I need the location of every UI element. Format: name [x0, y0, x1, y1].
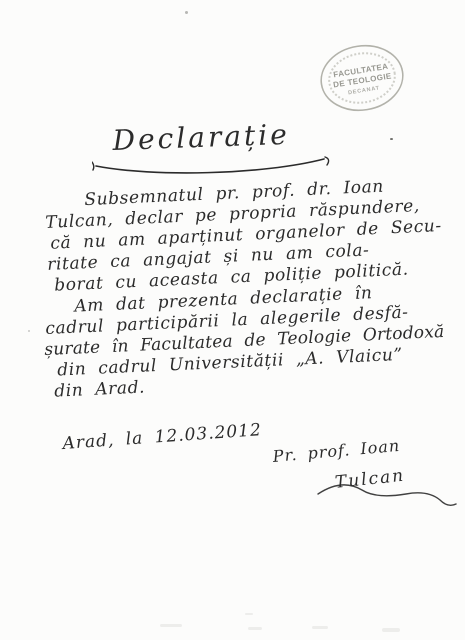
- signature-flourish: [300, 468, 460, 520]
- scan-smudge: [248, 627, 262, 630]
- body-paragraph-2: Am dat prezenta declarație în cadrul par…: [44, 279, 465, 403]
- faculty-stamp: FACULTATEA DE TEOLOGIE DECANAT: [318, 42, 406, 114]
- stamp-line3: DECANAT: [348, 85, 381, 96]
- scan-speck: [185, 11, 188, 14]
- signature-name-line: Pr. prof. Ioan: [272, 436, 401, 466]
- scan-smudge: [160, 624, 182, 627]
- scan-smudge: [245, 613, 253, 615]
- scan-smudge: [382, 628, 400, 632]
- scan-speck: [28, 330, 30, 332]
- title-underline-flourish: [92, 156, 332, 178]
- date-place-line: Arad, la 12.03.2012: [62, 420, 262, 454]
- scan-smudge: [312, 626, 328, 629]
- document-title: Declarație: [112, 118, 290, 157]
- scan-speck: [390, 138, 393, 140]
- body-paragraph-1: Subsemnatul pr. prof. dr. Ioan Tulcan, d…: [44, 173, 465, 297]
- scanned-document-page: FACULTATEA DE TEOLOGIE DECANAT Declarați…: [0, 0, 465, 640]
